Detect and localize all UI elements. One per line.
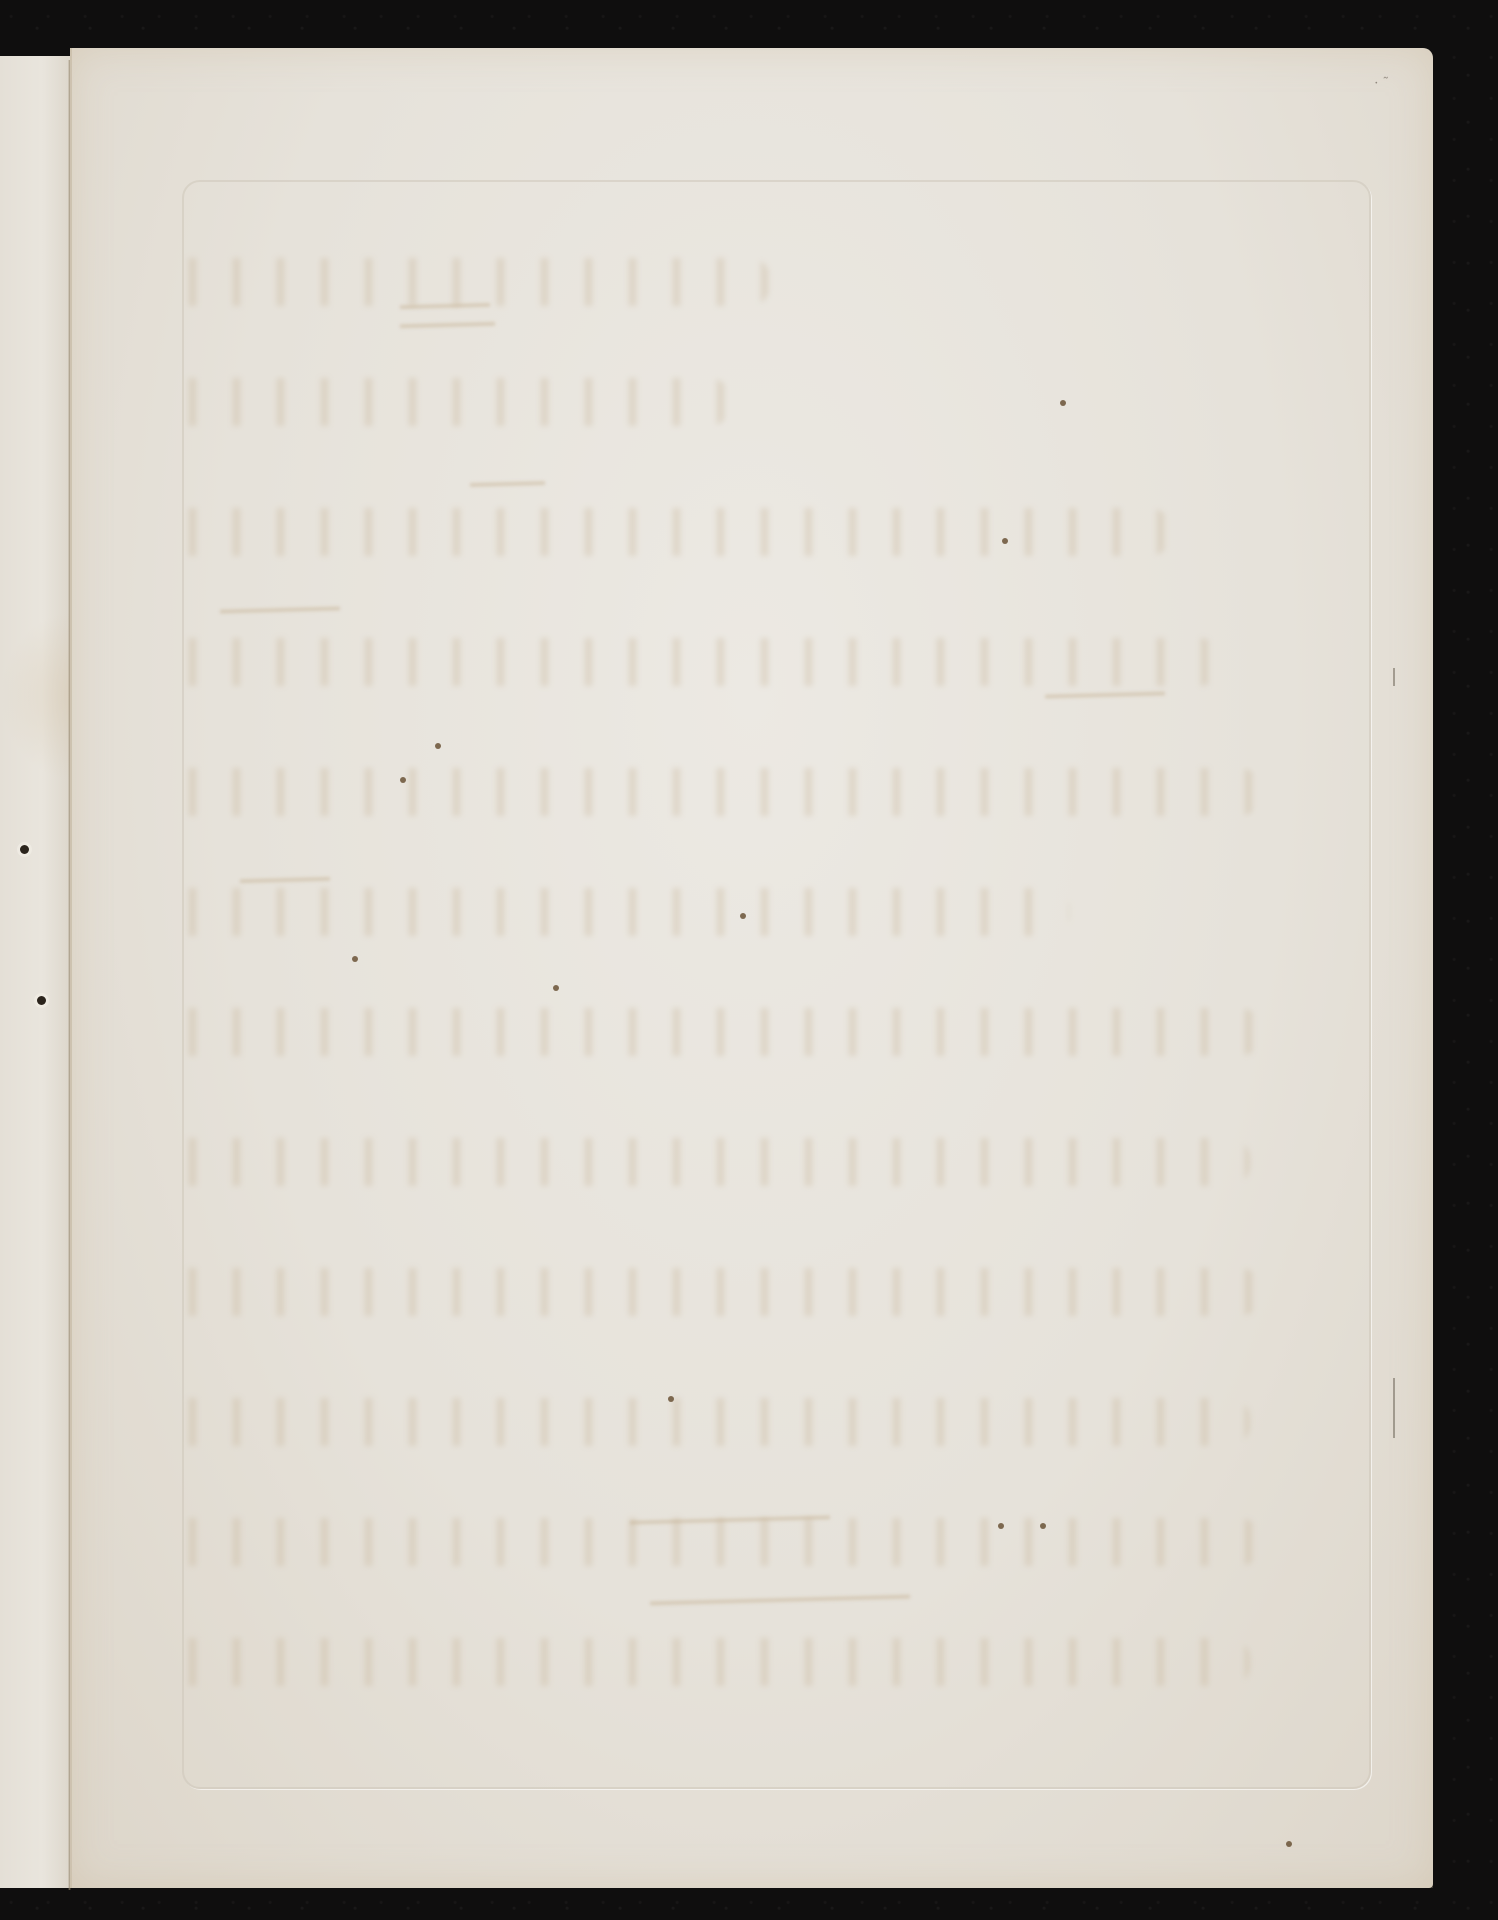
foxing-spot (1060, 400, 1066, 406)
edge-mark (1393, 1378, 1395, 1438)
bleed-through-row (170, 888, 1070, 936)
foxing-spot (400, 777, 406, 783)
bleed-through-row (170, 1138, 1250, 1186)
foxing-spot (1002, 538, 1008, 544)
bleed-through-row (170, 1268, 1260, 1316)
sewing-hole (20, 845, 29, 854)
bleed-through-row (170, 1638, 1250, 1686)
bleed-through-row (170, 258, 770, 306)
bleed-through-row (170, 508, 1170, 556)
foxing-spot (1040, 1523, 1046, 1529)
scanned-page: · ˜ (70, 48, 1433, 1888)
foxing-spot (435, 743, 441, 749)
foxing-spot (998, 1523, 1004, 1529)
foxing-spot (1286, 1841, 1292, 1847)
sewing-hole (37, 996, 46, 1005)
foxing-spot (740, 913, 746, 919)
bleed-through-row (170, 1008, 1260, 1056)
bleed-through-row (170, 1398, 1250, 1446)
facing-page-edge (0, 56, 70, 1888)
bleed-through-row (170, 378, 730, 426)
foxing-spot (668, 1396, 674, 1402)
edge-mark (1393, 668, 1395, 686)
foxing-spot (352, 956, 358, 962)
bleed-through-row (170, 768, 1260, 816)
foxing-spot (553, 985, 559, 991)
bleed-through-row (170, 1518, 1260, 1566)
corner-pencil-mark: · ˜ (1374, 76, 1389, 91)
bleed-through-row (170, 638, 1220, 686)
